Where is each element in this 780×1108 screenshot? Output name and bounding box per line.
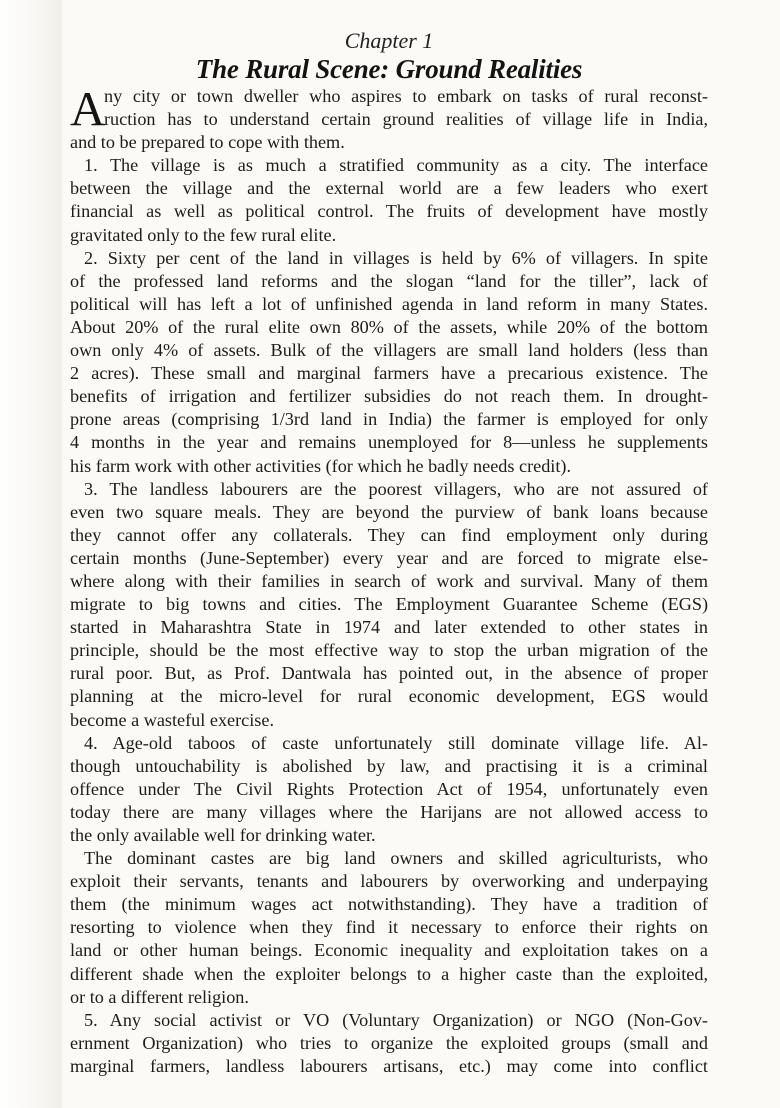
text-line: own only 4% of assets. Bulk of the villa…	[70, 339, 708, 362]
text-line: started in Maharashtra State in 1974 and…	[70, 616, 708, 639]
text-line: of the professed land reforms and the sl…	[70, 270, 708, 293]
text-line: different shade when the exploiter belon…	[70, 963, 708, 986]
text-line: exploit their servants, tenants and labo…	[70, 870, 708, 893]
text-line: offence under The Civil Rights Protectio…	[70, 778, 708, 801]
chapter-title: The Rural Scene: Ground Realities	[70, 54, 708, 85]
point-2-line: 2. Sixty per cent of the land in village…	[70, 247, 708, 270]
drop-cap-letter: A	[70, 88, 105, 130]
text-line: principle, should be the most effective …	[70, 639, 708, 662]
text-line: prone areas (comprising 1/3rd land in In…	[70, 408, 708, 431]
text-line: planning at the micro-level for rural ec…	[70, 685, 708, 708]
text-line: benefits of irrigation and fertilizer su…	[70, 385, 708, 408]
text-line: resorting to violence when they find it …	[70, 916, 708, 939]
text-line: gravitated only to the few rural elite.	[70, 224, 708, 247]
text-line: today there are many villages where the …	[70, 801, 708, 824]
text-line: financial as well as political control. …	[70, 200, 708, 223]
opening-paragraph: A ny city or town dweller who aspires to…	[70, 85, 708, 131]
page-gutter-shadow	[0, 0, 62, 1108]
text-line: become a wasteful exercise.	[70, 709, 708, 732]
book-page: Chapter 1 The Rural Scene: Ground Realit…	[70, 0, 708, 1108]
text-line: though untouchability is abolished by la…	[70, 755, 708, 778]
text-line: migrate to big towns and cities. The Emp…	[70, 593, 708, 616]
text-line: 2 acres). These small and marginal farme…	[70, 362, 708, 385]
text-line: rural poor. But, as Prof. Dantwala has p…	[70, 662, 708, 685]
text-line: 4 months in the year and remains unemplo…	[70, 431, 708, 454]
text-line: ernment Organization) who tries to organ…	[70, 1032, 708, 1055]
text-line: political will has left a lot of unfinis…	[70, 293, 708, 316]
text-line: where along with their families in searc…	[70, 570, 708, 593]
text-line: ruction has to understand certain ground…	[70, 108, 708, 131]
text-line: the only available well for drinking wat…	[70, 824, 708, 847]
text-line: About 20% of the rural elite own 80% of …	[70, 316, 708, 339]
point-5-line: 5. Any social activist or VO (Voluntary …	[70, 1009, 708, 1032]
chapter-body: A ny city or town dweller who aspires to…	[70, 85, 708, 1078]
point-3-line: 3. The landless labourers are the poores…	[70, 478, 708, 501]
point-1-line: 1. The village is as much a stratified c…	[70, 154, 708, 177]
text-line: certain months (June-September) every ye…	[70, 547, 708, 570]
text-line: land or other human beings. Economic ine…	[70, 939, 708, 962]
text-line: marginal farmers, landless labourers art…	[70, 1055, 708, 1078]
point-4-line: 4. Age-old taboos of caste unfortunately…	[70, 732, 708, 755]
text-line: and to be prepared to cope with them.	[70, 131, 708, 154]
chapter-number: Chapter 1	[70, 28, 708, 54]
text-line: even two square meals. They are beyond t…	[70, 501, 708, 524]
paragraph-start-line: The dominant castes are big land owners …	[70, 847, 708, 870]
text-line: they cannot offer any collaterals. They …	[70, 524, 708, 547]
text-line: or to a different religion.	[70, 986, 708, 1009]
text-line: ny city or town dweller who aspires to e…	[70, 85, 708, 108]
text-line: between the village and the external wor…	[70, 177, 708, 200]
text-line: his farm work with other activities (for…	[70, 455, 708, 478]
text-line: them (the minimum wages act notwithstand…	[70, 893, 708, 916]
